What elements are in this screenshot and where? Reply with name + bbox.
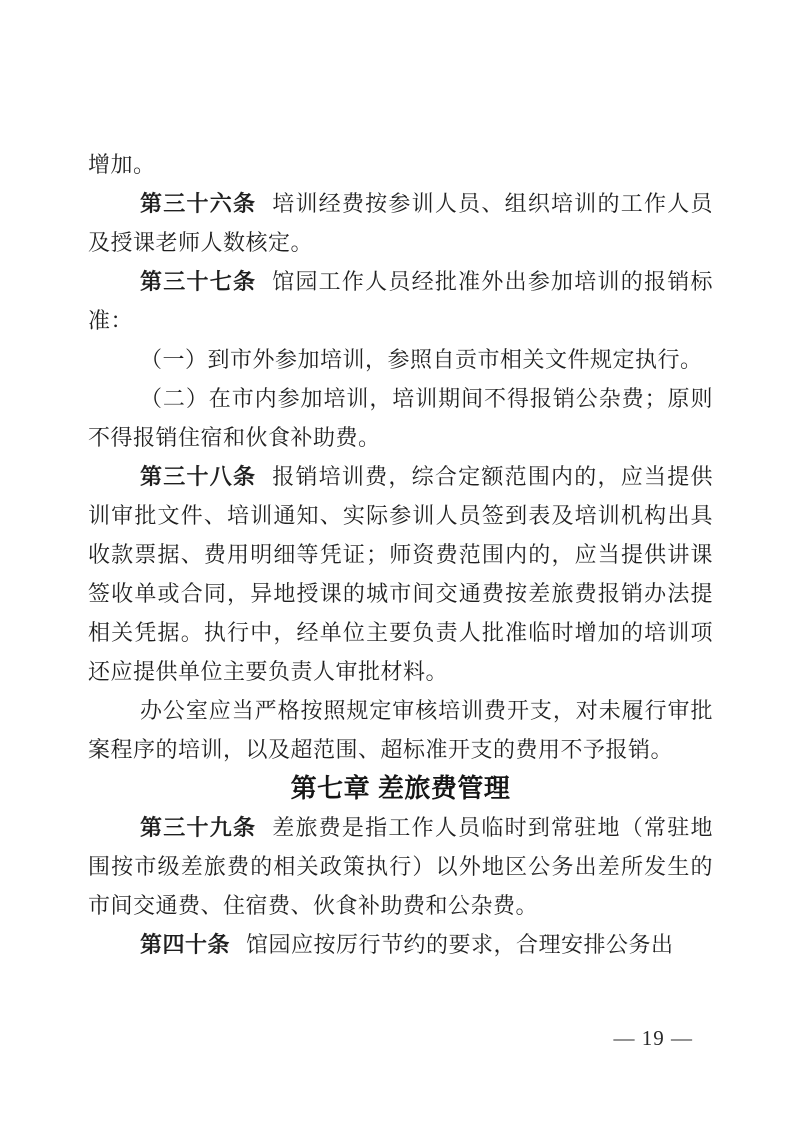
doc-line-3: 及授课老师人数核定。 [88,223,713,262]
article-number: 第三十九条 [140,815,256,840]
line-text: 准： [88,308,133,333]
line-text: 签收单或合同，异地授课的城市间交通费按差旅费报销办法提供 [88,581,713,613]
doc-line-21-article-40: 第四十条馆园应按厉行节约的要求，合理安排公务出差， [88,925,713,964]
line-text: 案程序的培训，以及超范围、超标准开支的费用不予报销。 [88,737,673,762]
doc-line-12: 签收单或合同，异地授课的城市间交通费按差旅费报销办法提供 [88,574,713,613]
line-text: 办公室应当严格按照规定审核培训费开支，对未履行审批备 [88,698,713,730]
article-number: 第三十八条 [140,464,256,489]
line-text: （一）到市外参加培训，参照自贡市相关文件规定执行。 [140,347,703,372]
doc-line-10: 训审批文件、培训通知、实际参训人员签到表及培训机构出具的 [88,496,713,535]
article-number: 第三十六条 [140,191,256,216]
chapter-heading: 第七章 差旅费管理 [88,769,713,808]
doc-line-15: 办公室应当严格按照规定审核培训费开支，对未履行审批备 [88,691,713,730]
doc-line-1: 增加。 [88,145,713,184]
text-column: 增加。 第三十六条培训经费按参训人员、组织培训的工作人员以 及授课老师人数核定。… [88,145,713,964]
doc-line-18-article-39: 第三十九条差旅费是指工作人员临时到常驻地（常驻地范 [88,808,713,847]
line-text: 训审批文件、培训通知、实际参训人员签到表及培训机构出具的 [88,503,713,535]
chapter-heading-text: 第七章 差旅费管理 [291,773,511,803]
doc-line-16: 案程序的培训，以及超范围、超标准开支的费用不予报销。 [88,730,713,769]
doc-line-14: 还应提供单位主要负责人审批材料。 [88,652,713,691]
doc-line-4-article-37: 第三十七条馆园工作人员经批准外出参加培训的报销标 [88,262,713,301]
doc-line-9-article-38: 第三十八条报销培训费，综合定额范围内的，应当提供培 [88,457,713,496]
document-page: 增加。 第三十六条培训经费按参训人员、组织培训的工作人员以 及授课老师人数核定。… [0,0,793,1122]
doc-line-20: 市间交通费、住宿费、伙食补助费和公杂费。 [88,886,713,925]
line-text: （二）在市内参加培训，培训期间不得报销公杂费；原则上 [88,386,713,418]
doc-line-8: 不得报销住宿和伙食补助费。 [88,418,713,457]
line-text: 还应提供单位主要负责人审批材料。 [88,659,448,684]
line-text: 馆园工作人员经批准外出参加培训的报销标 [272,269,713,294]
line-text: 及授课老师人数核定。 [88,230,313,255]
doc-line-2-article-36: 第三十六条培训经费按参训人员、组织培训的工作人员以 [88,184,713,223]
line-text: 增加。 [88,152,156,177]
doc-line-13: 相关凭据。执行中，经单位主要负责人批准临时增加的培训项目， [88,613,713,652]
doc-line-7-item-2: （二）在市内参加培训，培训期间不得报销公杂费；原则上 [88,379,713,418]
doc-line-5: 准： [88,301,713,340]
line-text: 相关凭据。执行中，经单位主要负责人批准临时增加的培训项目， [88,620,713,652]
page-number: — 19 — [614,1026,694,1051]
line-text: 不得报销住宿和伙食补助费。 [88,425,381,450]
doc-line-11: 收款票据、费用明细等凭证；师资费范围内的，应当提供讲课费 [88,535,713,574]
line-text: 收款票据、费用明细等凭证；师资费范围内的，应当提供讲课费 [88,542,713,574]
doc-line-19: 围按市级差旅费的相关政策执行）以外地区公务出差所发生的城 [88,847,713,886]
line-text: 市间交通费、住宿费、伙食补助费和公杂费。 [88,893,538,918]
article-number: 第三十七条 [140,269,256,294]
line-text: 围按市级差旅费的相关政策执行）以外地区公务出差所发生的城 [88,854,713,886]
article-number: 第四十条 [140,932,230,957]
doc-line-6-item-1: （一）到市外参加培训，参照自贡市相关文件规定执行。 [88,340,713,379]
